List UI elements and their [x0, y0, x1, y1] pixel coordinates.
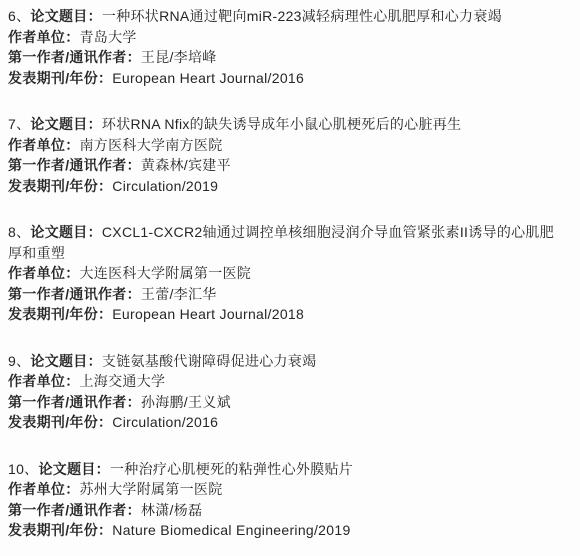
authors-value: 王昆/李培峰	[141, 49, 217, 65]
journal-line: 发表期刊/年份：European Heart Journal/2016	[8, 68, 568, 89]
journal-line: 发表期刊/年份：Nature Biomedical Engineering/20…	[8, 520, 568, 541]
journal-label: 发表期刊/年份：	[8, 522, 112, 538]
paper-number: 8、	[8, 224, 30, 240]
authors-value: 林潇/杨磊	[141, 502, 202, 518]
paper-entry: 7、论文题目：环状RNA Nfix的缺失诱导成年小鼠心肌梗死后的心脏再生 作者单…	[8, 114, 568, 196]
paper-title-label: 论文题目：	[30, 8, 102, 24]
paper-title-line: 6、论文题目：一种环状RNA通过靶向miR-223减轻病理性心肌肥厚和心力衰竭	[8, 6, 568, 27]
authors-label: 第一作者/通讯作者：	[8, 502, 141, 518]
authors-line: 第一作者/通讯作者：黄森林/宾建平	[8, 155, 568, 176]
journal-line: 发表期刊/年份：European Heart Journal/2018	[8, 304, 568, 325]
paper-entry: 9、论文题目：支链氨基酸代谢障碍促进心力衰竭 作者单位：上海交通大学 第一作者/…	[8, 351, 568, 433]
paper-title: 支链氨基酸代谢障碍促进心力衰竭	[102, 353, 317, 369]
journal-value: European Heart Journal/2016	[112, 70, 304, 86]
paper-title-label: 论文题目：	[30, 224, 102, 240]
journal-line: 发表期刊/年份：Circulation/2016	[8, 412, 568, 433]
paper-number: 9、	[8, 353, 30, 369]
affiliation-line: 作者单位：南方医科大学南方医院	[8, 135, 568, 156]
paper-title-label: 论文题目：	[30, 353, 102, 369]
affiliation-label: 作者单位：	[8, 373, 80, 389]
paper-title-label: 论文题目：	[38, 461, 110, 477]
affiliation-value: 大连医科大学附属第一医院	[80, 265, 252, 281]
paper-title-line: 9、论文题目：支链氨基酸代谢障碍促进心力衰竭	[8, 351, 568, 372]
paper-title-line: 10、论文题目：一种治疗心肌梗死的粘弹性心外膜贴片	[8, 459, 568, 480]
paper-number: 10、	[8, 461, 38, 477]
paper-title-line: 7、论文题目：环状RNA Nfix的缺失诱导成年小鼠心肌梗死后的心脏再生	[8, 114, 568, 135]
journal-value: Circulation/2019	[112, 178, 218, 194]
journal-value: European Heart Journal/2018	[112, 306, 304, 322]
affiliation-line: 作者单位：苏州大学附属第一医院	[8, 479, 568, 500]
affiliation-label: 作者单位：	[8, 29, 80, 45]
journal-label: 发表期刊/年份：	[8, 306, 112, 322]
paper-title: 一种环状RNA通过靶向miR-223减轻病理性心肌肥厚和心力衰竭	[102, 8, 502, 24]
paper-entry: 6、论文题目：一种环状RNA通过靶向miR-223减轻病理性心肌肥厚和心力衰竭 …	[8, 6, 568, 88]
paper-entry: 8、论文题目：CXCL1-CXCR2轴通过调控单核细胞浸润介导血管紧张素II诱导…	[8, 222, 568, 325]
authors-value: 王蕾/李汇华	[141, 286, 217, 302]
affiliation-value: 苏州大学附属第一医院	[80, 481, 223, 497]
paper-title: 一种治疗心肌梗死的粘弹性心外膜贴片	[110, 461, 353, 477]
authors-value: 黄森林/宾建平	[141, 157, 231, 173]
affiliation-line: 作者单位：大连医科大学附属第一医院	[8, 263, 568, 284]
paper-title-label: 论文题目：	[30, 116, 102, 132]
paper-entry: 10、论文题目：一种治疗心肌梗死的粘弹性心外膜贴片 作者单位：苏州大学附属第一医…	[8, 459, 568, 541]
journal-label: 发表期刊/年份：	[8, 178, 112, 194]
authors-line: 第一作者/通讯作者：林潇/杨磊	[8, 500, 568, 521]
journal-value: Circulation/2016	[112, 414, 218, 430]
journal-label: 发表期刊/年份：	[8, 414, 112, 430]
affiliation-label: 作者单位：	[8, 137, 80, 153]
authors-label: 第一作者/通讯作者：	[8, 286, 141, 302]
authors-label: 第一作者/通讯作者：	[8, 157, 141, 173]
authors-line: 第一作者/通讯作者：孙海鹏/王义斌	[8, 392, 568, 413]
paper-number: 7、	[8, 116, 30, 132]
authors-line: 第一作者/通讯作者：王蕾/李汇华	[8, 284, 568, 305]
paper-number: 6、	[8, 8, 30, 24]
affiliation-label: 作者单位：	[8, 481, 80, 497]
affiliation-label: 作者单位：	[8, 265, 80, 281]
affiliation-value: 青岛大学	[80, 29, 137, 45]
papers-list: 6、论文题目：一种环状RNA通过靶向miR-223减轻病理性心肌肥厚和心力衰竭 …	[0, 0, 580, 541]
journal-value: Nature Biomedical Engineering/2019	[112, 522, 350, 538]
authors-label: 第一作者/通讯作者：	[8, 394, 141, 410]
paper-title-line: 8、论文题目：CXCL1-CXCR2轴通过调控单核细胞浸润介导血管紧张素II诱导…	[8, 222, 568, 263]
paper-title: 环状RNA Nfix的缺失诱导成年小鼠心肌梗死后的心脏再生	[102, 116, 462, 132]
affiliation-value: 南方医科大学南方医院	[80, 137, 223, 153]
authors-line: 第一作者/通讯作者：王昆/李培峰	[8, 47, 568, 68]
journal-label: 发表期刊/年份：	[8, 70, 112, 86]
affiliation-line: 作者单位：上海交通大学	[8, 371, 568, 392]
authors-value: 孙海鹏/王义斌	[141, 394, 231, 410]
authors-label: 第一作者/通讯作者：	[8, 49, 141, 65]
affiliation-line: 作者单位：青岛大学	[8, 27, 568, 48]
journal-line: 发表期刊/年份：Circulation/2019	[8, 176, 568, 197]
affiliation-value: 上海交通大学	[80, 373, 166, 389]
